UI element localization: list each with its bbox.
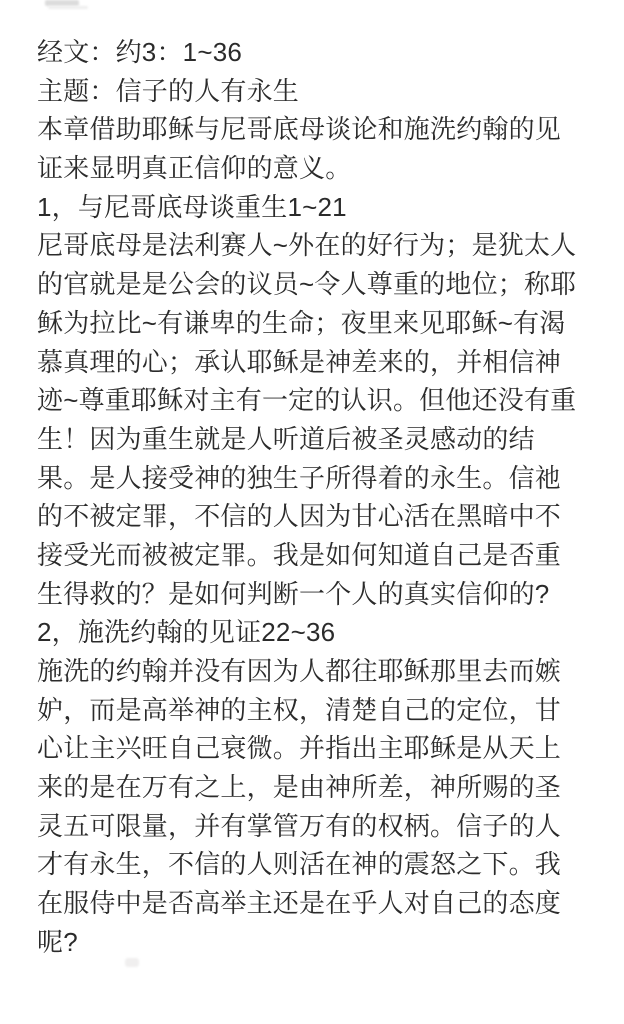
sermon-note-body: 经文：约3：1~36 主题：信子的人有永生 本章借助耶稣与尼哥底母谈论和施洗约翰…: [37, 33, 604, 962]
intro-line: 证来显明真正信仰的意义。: [37, 149, 604, 188]
section-1-text-line: 果。是人接受神的独生子所得着的永生。信祂: [37, 459, 604, 498]
section-2-text-line: 呢?: [37, 923, 604, 962]
scripture-reference-line: 经文：约3：1~36: [37, 33, 604, 72]
section-2-text-line: 妒，而是高举神的主权，清楚自己的定位，甘: [37, 691, 604, 730]
section-2-text-line: 在服侍中是否高举主还是在乎人对自己的态度: [37, 884, 604, 923]
section-2-text-line: 来的是在万有之上，是由神所差，神所赐的圣: [37, 768, 604, 807]
section-1-text-line: 稣为拉比~有谦卑的生命；夜里来见耶稣~有渴: [37, 304, 604, 343]
cropped-text-artifact-top-shadow: [48, 6, 88, 9]
section-1-text-line: 生得救的？是如何判断一个人的真实信仰的?: [37, 575, 604, 614]
section-1-text-line: 慕真理的心；承认耶稣是神差来的，并相信神: [37, 343, 604, 382]
intro-line: 本章借助耶稣与尼哥底母谈论和施洗约翰的见: [37, 110, 604, 149]
section-2-text-line: 施洗的约翰并没有因为人都往耶稣那里去而嫉: [37, 652, 604, 691]
topic-line: 主题：信子的人有永生: [37, 72, 604, 111]
section-1-text-line: 接受光而被被定罪。我是如何知道自己是否重: [37, 536, 604, 575]
section-1-text-line: 生！因为重生就是人听道后被圣灵感动的结: [37, 420, 604, 459]
section-2-text-line: 心让主兴旺自己衰微。并指出主耶稣是从天上: [37, 729, 604, 768]
section-2-text-line: 灵五可限量，并有掌管万有的权柄。信子的人: [37, 807, 604, 846]
section-1-text-line: 迹~尊重耶稣对主有一定的认识。但他还没有重: [37, 381, 604, 420]
section-2-heading: 2，施洗约翰的见证22~36: [37, 613, 604, 652]
section-1-text-line: 尼哥底母是法利赛人~外在的好行为；是犹太人: [37, 226, 604, 265]
section-2-text-line: 才有永生，不信的人则活在神的震怒之下。我: [37, 845, 604, 884]
section-1-heading: 1，与尼哥底母谈重生1~21: [37, 188, 604, 227]
section-1-text-line: 的不被定罪，不信的人因为甘心活在黑暗中不: [37, 497, 604, 536]
section-1-text-line: 的官就是是公会的议员~令人尊重的地位；称耶: [37, 265, 604, 304]
